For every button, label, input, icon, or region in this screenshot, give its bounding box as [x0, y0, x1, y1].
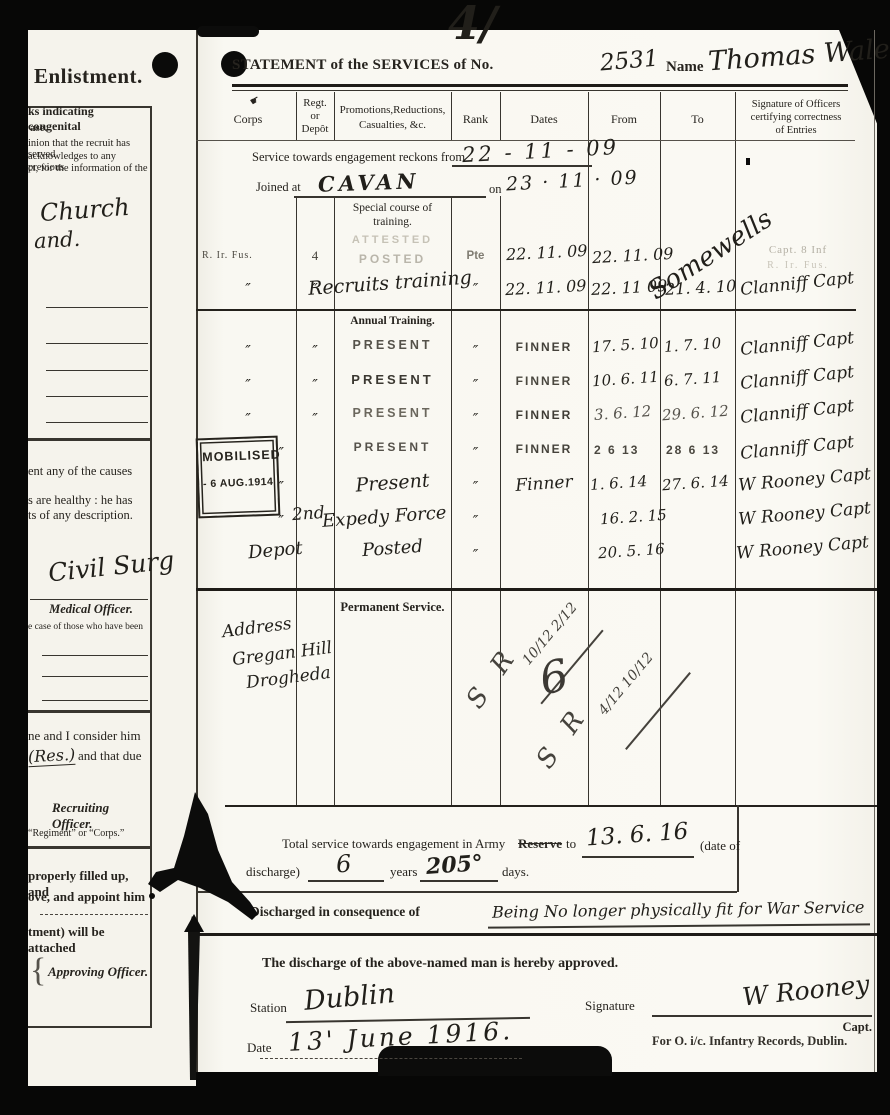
printed-fragment: “Regiment” or “Corps.”: [28, 828, 150, 839]
row-rank: ″: [451, 444, 500, 462]
row-promotion-stamp: PRESENT: [334, 338, 451, 352]
printed-fragment: ove, and appoint him: [28, 889, 150, 905]
printed-fragment: e case of those who have been: [28, 622, 148, 632]
row-corps: ″: [206, 376, 290, 394]
row-station-stamp: FINNER: [500, 442, 588, 456]
printed-fragment: ts of any description.: [28, 508, 148, 523]
ruled-line: [42, 655, 148, 656]
row-station-stamp: FINNER: [500, 408, 588, 422]
row-signature-faint: Capt. 8 Inf: [742, 244, 854, 256]
row-rank: ″: [451, 376, 500, 394]
row-rank: ″: [451, 410, 500, 428]
row-regt: ″: [296, 342, 334, 360]
underline: [294, 196, 486, 198]
rank-capt-label: Capt.: [806, 1020, 872, 1035]
row-promotion-stamp: POSTED: [334, 252, 451, 266]
underline: [420, 880, 498, 882]
row-station-stamp: FINNER: [500, 374, 588, 388]
page-number-annotation: 4/: [448, 0, 497, 50]
reckons-label: Service towards engagement reckons from: [252, 150, 465, 165]
column-line: [735, 92, 736, 805]
row-rank: ″: [451, 342, 500, 360]
ruled-line: [42, 700, 148, 701]
statement-title: STATEMENT of the SERVICES of No.: [232, 57, 602, 74]
brace-glyph: {: [30, 952, 46, 990]
ink-blot-bottom: [378, 1046, 612, 1076]
total-service-struck-word: Reserve: [518, 836, 562, 852]
approving-officer-label: Approving Officer.: [48, 964, 152, 980]
ink-smudge-top: [197, 26, 259, 37]
column-header-signature: Signature of Officers certifying correct…: [737, 98, 855, 137]
column-header-regt: Regt. or Depôt: [296, 97, 334, 136]
column-header-corps: Corps: [206, 112, 290, 127]
underline: [452, 165, 592, 167]
ruled-line: [42, 676, 148, 677]
column-line: [588, 92, 589, 805]
mobilised-stamp: MOBILISED - 6 AUG.1914: [196, 436, 281, 519]
section-divider: [28, 846, 151, 849]
special-course-heading: Special course of training.: [334, 201, 451, 229]
records-office-line: For O. i/c. Infantry Records, Dublin.: [652, 1034, 878, 1049]
left-page-heading: Enlistment.: [34, 64, 194, 89]
column-header-to: To: [660, 112, 735, 127]
row-promotion-stamp: PRESENT: [334, 406, 451, 420]
row-corps: ″: [206, 410, 290, 428]
printed-fragment: ne and I consider him: [28, 728, 148, 744]
ink-tear-blot: [140, 780, 340, 1080]
row-regt: ″: [296, 376, 334, 394]
ruled-line: [46, 343, 148, 344]
row-to: 21. 4. 10: [665, 276, 737, 299]
signature-line: [30, 599, 148, 600]
permanent-service-heading: Permanent Service.: [334, 600, 451, 615]
row-corps: ″: [206, 478, 284, 496]
row-rank: ″: [451, 280, 500, 298]
annual-training-heading: Annual Training.: [334, 315, 451, 327]
signature-line: [652, 1015, 872, 1017]
joined-at-label: Joined at: [256, 180, 301, 195]
row-promotion-stamp: PRESENT: [334, 440, 451, 454]
ink-speck: [746, 158, 750, 165]
row-from: 2 6 13: [594, 443, 639, 457]
row-from: 22. 11 09: [591, 276, 668, 299]
section-divider: [28, 710, 151, 713]
handwritten-note: and.: [33, 227, 80, 253]
printed-fragment: and that due: [78, 748, 150, 764]
ruled-line: [46, 307, 148, 308]
underline: [582, 856, 694, 858]
title-rule-thick: [232, 84, 848, 87]
row-to: 28 6 13: [666, 443, 720, 457]
title-rule-thin: [232, 90, 848, 91]
joined-place-value: CAVAN: [318, 168, 420, 197]
row-corps: ″: [206, 342, 290, 360]
years-label: years: [390, 864, 417, 880]
service-number-value: 2531: [599, 45, 660, 76]
row-promotion-stamp: PRESENT: [334, 372, 451, 387]
row-rank: ″: [451, 512, 500, 530]
ruled-line: [46, 422, 148, 423]
medical-officer-label: Medical Officer.: [34, 602, 148, 617]
printed-fragment: ct, for the information of the: [28, 163, 148, 174]
on-label: on: [489, 182, 502, 197]
row-rank: Pte: [451, 250, 500, 262]
row-corps: R. Ir. Fus.: [202, 250, 292, 261]
column-header-promotions: Promotions,Reductions, Casualties, &c.: [334, 103, 451, 133]
ruled-line: [46, 370, 148, 371]
days-value: 205°: [425, 850, 484, 880]
mobilised-stamp-text: MOBILISED: [202, 448, 272, 464]
name-label: Name: [666, 59, 704, 76]
row-rank: ″: [451, 546, 500, 564]
scanned-document: Enlistment. ks indicating congenital ase…: [0, 0, 890, 1115]
column-header-from: From: [588, 112, 660, 127]
handwritten-res-note: (Res.): [28, 745, 76, 767]
left-box-bottom-border: [28, 1026, 151, 1028]
section-divider: [28, 438, 151, 441]
section-rule-heavy: [196, 588, 877, 591]
row-station-stamp: FINNER: [500, 340, 588, 354]
total-service-text3: (date of: [700, 838, 740, 854]
row-rank: ″: [451, 478, 500, 496]
attested-stamp: ATTESTED: [334, 234, 451, 246]
days-label: days.: [502, 864, 529, 880]
row-divider-heavy: [196, 309, 856, 311]
row-regt: 4: [296, 248, 334, 264]
printed-fragment: s are healthy : he has: [28, 493, 148, 508]
dashed-line: [40, 914, 148, 915]
column-header-rank: Rank: [451, 112, 500, 127]
column-line: [660, 92, 661, 805]
printed-fragment: ase.: [30, 122, 148, 134]
column-line: [500, 196, 501, 805]
total-service-text2: to: [566, 836, 576, 852]
row-regt: 2nd: [291, 503, 325, 525]
ruled-line: [46, 396, 148, 397]
column-header-dates: Dates: [500, 112, 588, 127]
signature-label: Signature: [585, 998, 635, 1014]
printed-fragment: ent any of the causes: [28, 464, 148, 479]
row-regt: ″: [296, 410, 334, 428]
row-corps: ″: [206, 280, 290, 298]
row-corps: ″: [206, 512, 284, 530]
